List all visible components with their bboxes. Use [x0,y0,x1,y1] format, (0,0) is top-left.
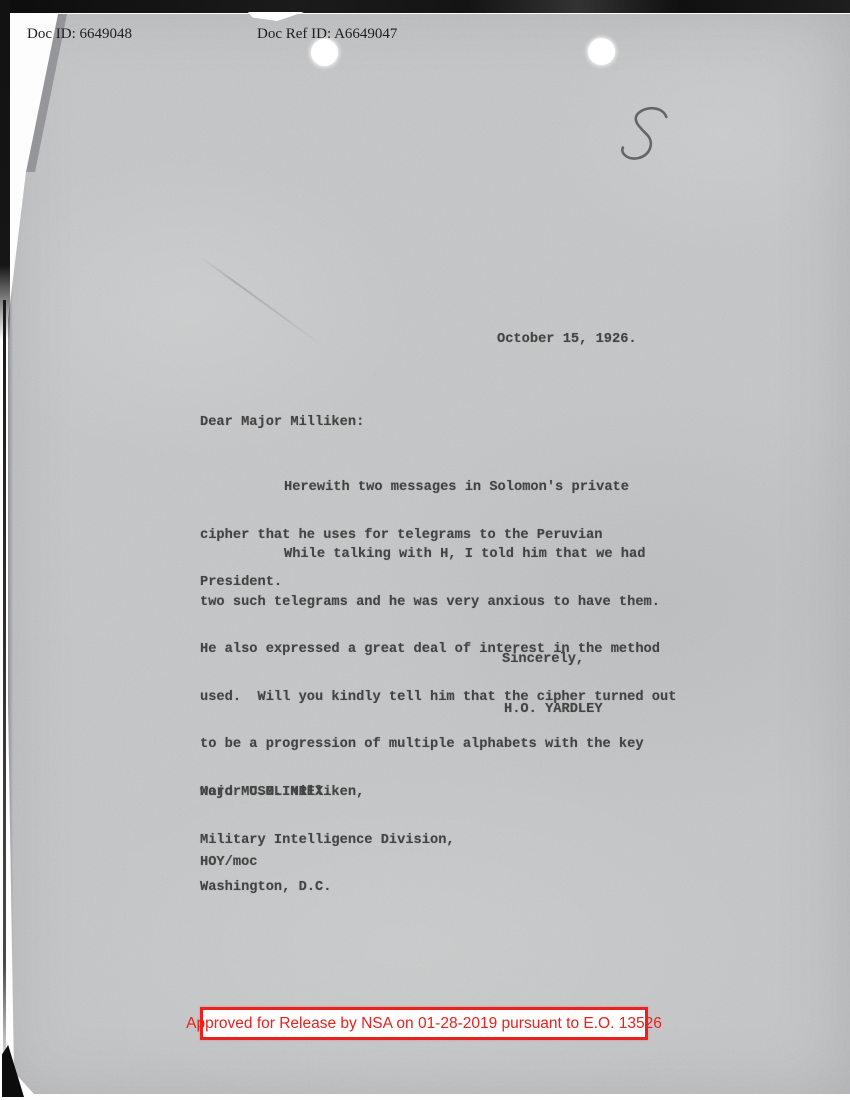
recipient-line: Military Intelligence Division, [200,832,455,850]
reference-initials: HOY/moc [200,855,258,870]
punch-hole [588,38,615,65]
doc-ref-id-label: Doc Ref ID: A6649047 [257,26,397,43]
release-stamp-text: Approved for Release by NSA on 01-28-201… [186,1015,662,1033]
recipient-line: Washington, D.C. [200,879,455,897]
paragraph-line: While talking with H, I told him that we… [200,546,676,564]
scanned-letter-page: October 15, 1926. Dear Major Milliken: H… [0,0,850,1100]
doc-id-label: Doc ID: 6649048 [27,26,132,43]
paper-sheet: October 15, 1926. Dear Major Milliken: H… [0,0,850,1100]
paragraph-line: two such telegrams and he was very anxio… [200,594,676,612]
paragraph-line: to be a progression of multiple alphabet… [200,736,676,754]
scan-top-border [0,0,850,13]
crease-mark [200,256,323,346]
closing: Sincerely, [502,652,584,667]
recipient-line: Major C.M. Milliken, [200,784,455,802]
letter-date: October 15, 1926. [497,332,637,347]
handwritten-s-annotation [614,99,679,177]
salutation: Dear Major Milliken: [200,415,364,430]
paragraph-line: Herewith two messages in Solomon's priva… [200,479,629,497]
recipient-address-block: Major C.M. Milliken, Military Intelligen… [200,754,455,927]
scan-left-border [0,0,10,340]
signature: H.O. YARDLEY [504,702,603,717]
punch-hole [311,39,338,66]
scan-left-edge-line [3,300,6,1082]
paragraph-line: He also expressed a great deal of intere… [200,641,676,659]
paragraph-line: used. Will you kindly tell him that the … [200,689,676,707]
release-stamp: Approved for Release by NSA on 01-28-201… [200,1007,648,1040]
